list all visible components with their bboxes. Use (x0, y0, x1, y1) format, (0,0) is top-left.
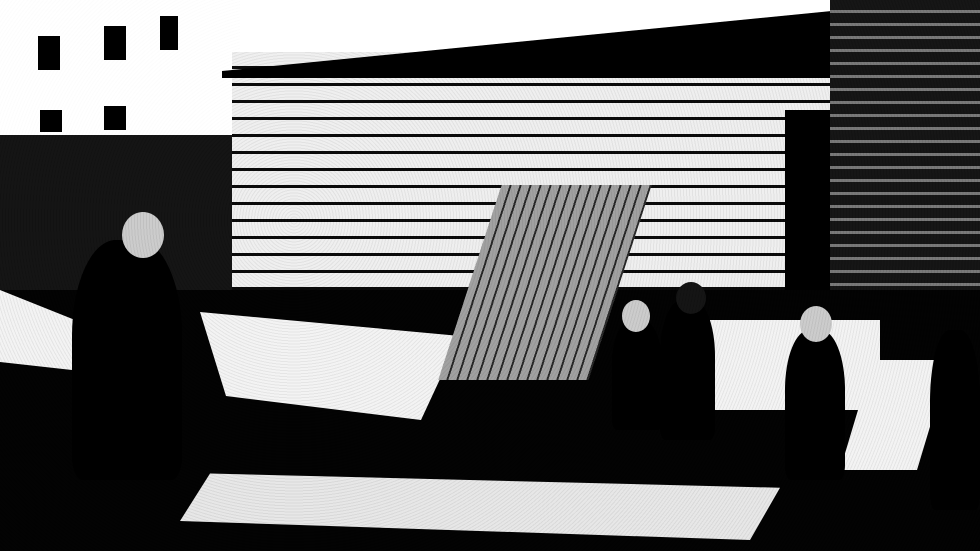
woman-figure (72, 240, 182, 480)
child-figure (612, 320, 662, 430)
child-head (622, 300, 650, 332)
historical-photograph (0, 0, 980, 551)
child-head (676, 282, 706, 314)
child-figure (785, 330, 845, 480)
child-head (800, 306, 832, 342)
child-figure (660, 300, 715, 440)
right-wooden-building (830, 0, 980, 340)
woman-head (122, 212, 164, 258)
partial-figure (930, 330, 980, 510)
dark-doorway (785, 110, 830, 310)
